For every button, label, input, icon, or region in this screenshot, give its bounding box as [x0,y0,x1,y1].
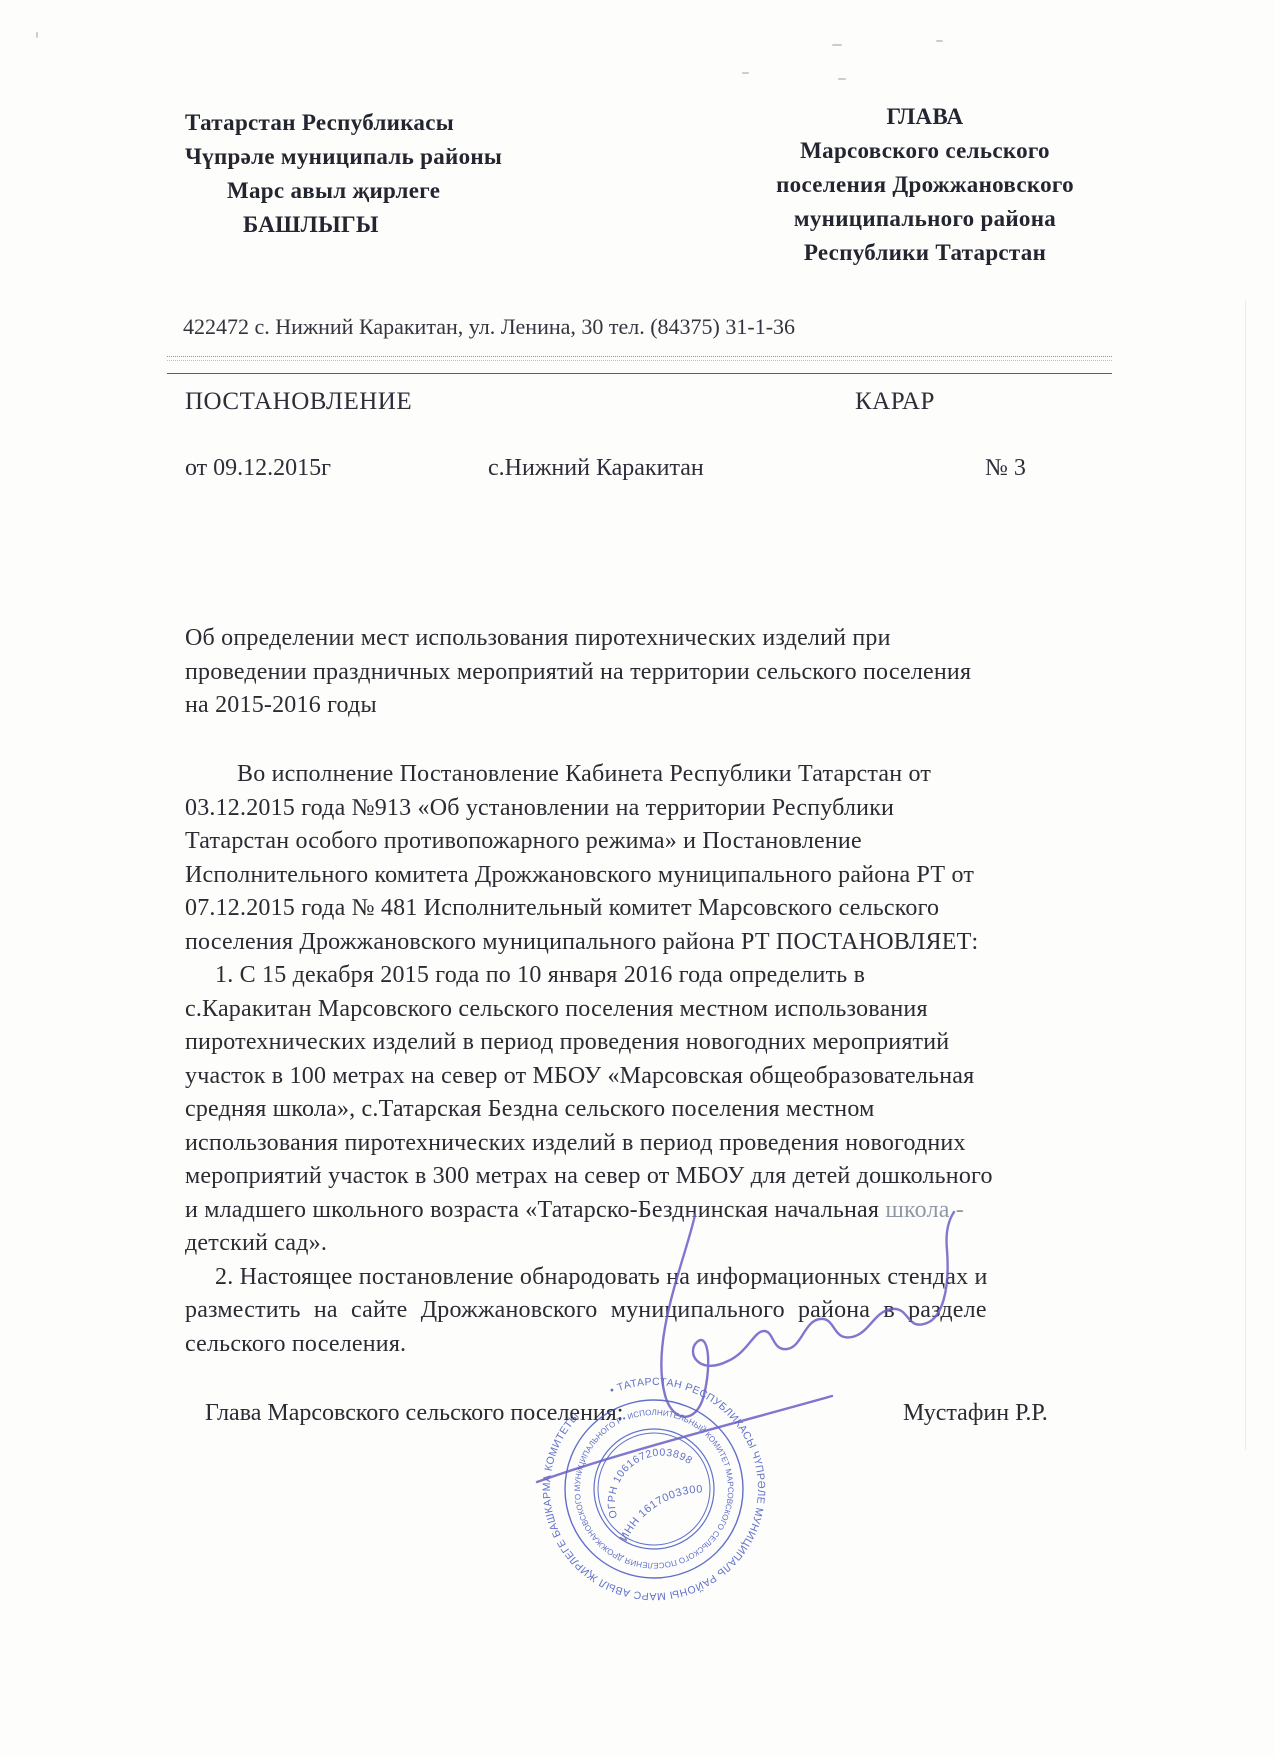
letterhead-right-line: муниципального района [695,202,1155,236]
subject-line: проведении праздничных мероприятий на те… [185,656,1175,690]
letterhead-left-line: БАШЛЫГЫ [185,208,655,242]
scan-artifact [936,40,943,42]
body-line: Татарстан особого противопожарного режим… [185,825,1180,859]
scan-artifact [36,32,38,38]
letterhead-right-line: Марсовского сельского [695,134,1155,168]
divider-rule-top [167,356,1112,361]
body-line: с.Каракитан Марсовского сельского поселе… [185,993,1180,1027]
letterhead-left-line: Марс авыл җирлеге [185,174,655,208]
subject-line: на 2015-2016 годы [185,689,1175,723]
letterhead-right-line: поселения Дрожжановского [695,168,1155,202]
body-line: участок в 100 метрах на север от МБОУ «М… [185,1060,1180,1094]
body-line: средняя школа», с.Татарская Бездна сельс… [185,1093,1180,1127]
divider-rule-bottom [167,373,1112,374]
body-line: использования пиротехнических изделий в … [185,1127,1180,1161]
doc-place: с.Нижний Каракитан [488,455,704,482]
doc-type-russian: ПОСТАНОВЛЕНИЕ [185,388,412,416]
doc-number: № 3 [985,455,1026,482]
doc-type-tatar: КАРАР [855,388,935,416]
body-line: 1. С 15 декабря 2015 года по 10 января 2… [185,959,1180,993]
body-line: 03.12.2015 года №913 «Об установлении на… [185,792,1180,826]
body-line: пиротехнических изделий в период проведе… [185,1026,1180,1060]
letterhead-left-line: Чүпрәле муниципаль районы [185,140,655,174]
doc-date: от 09.12.2015г [185,455,331,482]
address-line: 422472 с. Нижний Каракитан, ул. Ленина, … [183,314,795,340]
scanned-document-page: Татарстан Республикасы Чүпрәле муниципал… [0,0,1275,1755]
scan-edge-artifact [1245,300,1246,1450]
letterhead-right-line: Республики Татарстан [695,236,1155,270]
letterhead-left-line: Татарстан Республикасы [185,106,655,140]
body-line: Исполнительного комитета Дрожжановского … [185,859,1180,893]
letterhead-right-line: ГЛАВА [695,100,1155,134]
doc-subject: Об определении мест использования пироте… [185,622,1175,723]
scan-artifact [742,72,749,74]
body-line: мероприятий участок в 300 метрах на севе… [185,1160,1180,1194]
letterhead-left: Татарстан Республикасы Чүпрәле муниципал… [185,106,655,242]
letterhead-right: ГЛАВА Марсовского сельского поселения Др… [695,100,1155,270]
subject-line: Об определении мест использования пироте… [185,622,1175,656]
body-line: поселения Дрожжановского муниципального … [185,926,1180,960]
scan-artifact [838,78,846,80]
scan-artifact [832,44,842,46]
body-line: Во исполнение Постановление Кабинета Рес… [185,758,1180,792]
body-line: 07.12.2015 года № 481 Исполнительный ком… [185,892,1180,926]
handwritten-signature [500,1190,1020,1490]
